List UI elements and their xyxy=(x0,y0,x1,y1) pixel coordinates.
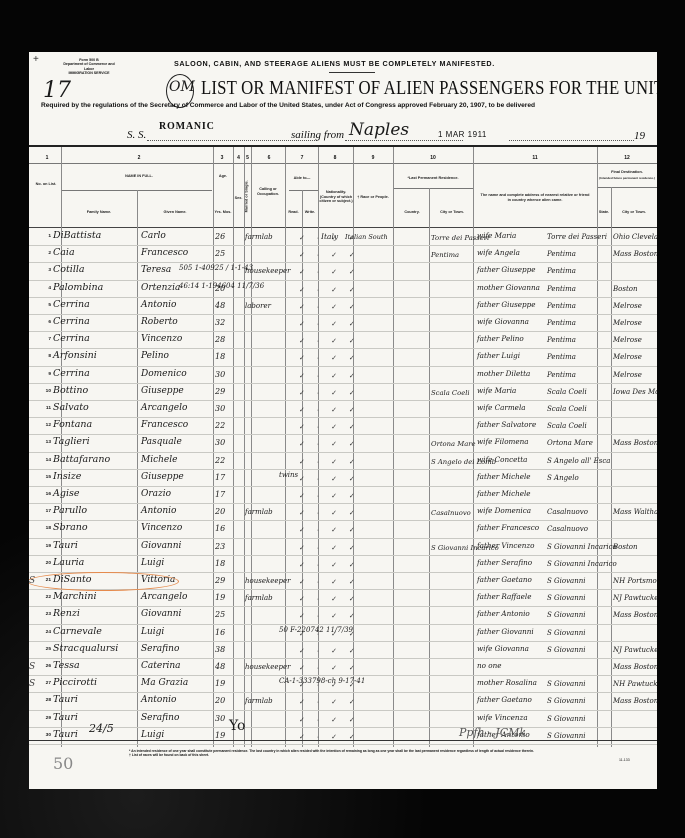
given-name: Pasquale xyxy=(141,437,182,447)
row-number: 3 xyxy=(37,268,51,273)
bottom-mark: Yo xyxy=(229,718,245,734)
relative-city: S Giovanni xyxy=(547,577,585,585)
row-rule xyxy=(29,503,657,504)
col-divider xyxy=(611,187,612,747)
row-number: 23 xyxy=(37,612,51,617)
col-divider xyxy=(233,147,234,747)
margin-note: SS xyxy=(29,679,35,689)
family-name: Renzi xyxy=(53,608,80,619)
bottom-tally: 24/5 xyxy=(89,722,114,735)
relative-name: wife Giovanna xyxy=(477,644,529,653)
row-rule xyxy=(29,658,657,659)
relative-city: S Giovanni Incarico xyxy=(547,560,617,568)
row-number: 7 xyxy=(37,337,51,342)
year-suffix: 19 xyxy=(634,130,645,142)
colnum-1: 1 xyxy=(37,155,57,161)
header-write: Write. xyxy=(302,210,318,215)
relative-city: Pentima xyxy=(547,336,576,344)
header-occupation: Calling or Occupation. xyxy=(253,187,283,196)
row-rule xyxy=(29,434,657,435)
final-destination: Melrose xyxy=(613,319,642,327)
relative-city: Ortona Mare xyxy=(547,439,593,447)
row-rule xyxy=(29,383,657,384)
relative-name: wife Giovanna xyxy=(477,317,529,326)
relative-name: father Francesco xyxy=(477,523,539,532)
row-rule xyxy=(29,314,657,315)
departure-port: Naples xyxy=(349,120,409,140)
row-number: 8 xyxy=(37,354,51,359)
check-marks: ✓ · ✓ ✓ xyxy=(299,389,360,397)
given-name: Carlo xyxy=(141,231,166,241)
row-number: 17 xyxy=(37,509,51,514)
relative-city: Pentima xyxy=(547,353,576,361)
given-name: Ortenzia xyxy=(141,283,180,293)
able-subrule xyxy=(289,190,319,191)
final-destination: Boston xyxy=(613,543,638,551)
occupation-value: housekeeper xyxy=(245,577,290,585)
port-underline xyxy=(345,140,463,141)
row-rule xyxy=(29,262,657,263)
check-marks: ✓ · ✓ ✓ xyxy=(299,647,360,655)
family-name: Taglieri xyxy=(53,436,90,447)
age-value: 30 xyxy=(215,404,225,413)
given-name: Antonio xyxy=(141,300,176,310)
family-name: Cerrina xyxy=(53,333,90,344)
final-destination: Boston xyxy=(613,285,638,293)
age-value: 48 xyxy=(215,662,225,671)
header-dest-city: City or Town. xyxy=(613,210,655,215)
row-number: 20 xyxy=(37,561,51,566)
check-marks: ✓ · ✓ ✓ xyxy=(299,698,360,706)
relative-city: Pentima xyxy=(547,250,576,258)
footnote-races: † List of races will be found on back of… xyxy=(129,753,649,757)
relative-name: father Michele xyxy=(477,472,531,481)
date-underline xyxy=(509,140,634,141)
check-marks: ✓ · ✓ ✓ xyxy=(299,303,360,311)
header-rule-bottom xyxy=(29,227,657,228)
relative-name: wife Maria xyxy=(477,386,516,395)
clerk-annotation: 505 1-40925 / 1-1-43 xyxy=(179,264,253,272)
age-value: 23 xyxy=(215,542,225,551)
relative-city: S Angelo xyxy=(547,474,579,482)
form-code: 11-133 xyxy=(619,758,630,762)
relative-city: Torre dei Passeri xyxy=(547,233,607,241)
final-destination: Mass Boston xyxy=(613,439,657,447)
final-destination: Melrose xyxy=(613,371,642,379)
row-rule xyxy=(29,417,657,418)
clerk-annotation: 50 F-220742 11/7/39 xyxy=(279,626,353,634)
age-value: 16 xyxy=(215,628,225,637)
header-yrs-mos: Yrs. Mos. xyxy=(213,210,233,215)
check-marks: ✓ · ✓ ✓ xyxy=(299,595,360,603)
final-destination: Mass Boston xyxy=(613,663,657,671)
family-name: Marchini xyxy=(53,591,97,602)
relative-name: mother Rosalina xyxy=(477,678,537,687)
given-name: Pelino xyxy=(141,351,169,361)
header-married: Married or Single. xyxy=(245,176,250,216)
age-value: 30 xyxy=(215,438,225,447)
header-able-to: Able to— xyxy=(287,176,317,181)
family-name: Agise xyxy=(53,488,79,499)
final-destination: Mass Boston xyxy=(613,697,657,705)
check-marks: ✓ · ✓ ✓ xyxy=(299,286,360,294)
row-rule xyxy=(29,297,657,298)
relative-city: Pentima xyxy=(547,371,576,379)
relative-city: Pentima xyxy=(547,319,576,327)
row-rule xyxy=(29,555,657,556)
final-destination: Mass Boston xyxy=(613,250,657,258)
form-id: Form 500 B Department of Commerce and La… xyxy=(59,58,119,75)
relative-name: wife Carmela xyxy=(477,403,526,412)
relative-city: S Giovanni xyxy=(547,680,585,688)
row-number: 24 xyxy=(37,630,51,635)
family-name: Caia xyxy=(53,247,75,258)
age-value: 25 xyxy=(215,249,225,258)
relative-name: father Giuseppe xyxy=(477,265,536,274)
row-number: 26 xyxy=(37,664,51,669)
given-name: Luigi xyxy=(141,627,164,637)
colnum-10: 10 xyxy=(423,155,443,161)
occupation-value: farmlab xyxy=(245,233,273,241)
given-name: Arcangelo xyxy=(141,592,187,602)
final-destination: Iowa Des Moines xyxy=(613,388,657,396)
department-name: Department of Commerce and Labor xyxy=(59,62,119,71)
row-number: 14 xyxy=(37,458,51,463)
age-value: 17 xyxy=(215,490,225,499)
row-rule xyxy=(29,452,657,453)
page-margin-number: 50 xyxy=(53,754,73,773)
row-rule xyxy=(29,538,657,539)
given-name: Serafino xyxy=(141,713,179,723)
family-name: Parullo xyxy=(53,505,87,516)
relative-city: S Giovanni Incarico xyxy=(547,543,617,551)
relative-city: Scala Coeli xyxy=(547,405,587,413)
occupation-value: housekeeper xyxy=(245,663,290,671)
given-name: Luigi xyxy=(141,730,164,740)
colnum-5: 5 xyxy=(243,155,252,161)
header-final-destination: Final Destination. xyxy=(599,170,655,175)
family-name: Sbrano xyxy=(53,522,88,533)
family-name: Palombina xyxy=(53,282,103,293)
col-divider xyxy=(429,188,430,747)
clerk-annotation: 46:14 1-194604 11/7/36 xyxy=(179,282,264,290)
sailing-label: sailing from xyxy=(291,129,344,141)
occupation-value: laborer xyxy=(245,302,271,310)
manifest-banner: SALOON, CABIN, AND STEERAGE ALIENS MUST … xyxy=(174,59,495,68)
relative-city: Casalnuovo xyxy=(547,508,588,516)
row-number: 19 xyxy=(37,544,51,549)
header-sex: Sex. xyxy=(233,196,244,201)
header-city-or-town: City or Town. xyxy=(431,210,473,215)
given-name: Ma Grazia xyxy=(141,678,188,688)
row-rule xyxy=(29,331,657,332)
family-name: Salvato xyxy=(53,402,89,413)
row-rule xyxy=(29,366,657,367)
relative-name: wife Angela xyxy=(477,248,520,257)
relative-name: father Serafino xyxy=(477,558,532,567)
row-number: 10 xyxy=(37,389,51,394)
bottom-signature: Ppfh - JCMk xyxy=(459,726,526,739)
row-number: 13 xyxy=(37,440,51,445)
relative-city: Pentima xyxy=(547,302,576,310)
row-rule xyxy=(29,641,657,642)
age-value: 29 xyxy=(215,576,225,585)
row-rule xyxy=(29,744,657,745)
final-destination: Mass Boston xyxy=(613,611,657,619)
header-rule-top xyxy=(29,145,657,147)
given-name: Giovanni xyxy=(141,609,181,619)
colnum-11: 11 xyxy=(525,155,545,161)
given-name: Arcangelo xyxy=(141,403,187,413)
check-marks: ✓ · ✓ ✓ xyxy=(299,664,360,672)
final-destination: Mass Waltham xyxy=(613,508,657,516)
header-last-residence: *Last Permanent Residence. xyxy=(395,176,471,181)
final-destination: NJ Pawtucket xyxy=(613,594,657,602)
colnum-3: 3 xyxy=(215,155,229,161)
check-marks: ✓ · ✓ ✓ xyxy=(299,320,360,328)
age-value: 22 xyxy=(215,456,225,465)
row-rule xyxy=(29,624,657,625)
sailing-date: 1 MAR 1911 xyxy=(438,130,487,139)
header-country: Country. xyxy=(395,210,429,215)
relative-name: mother Giovanna xyxy=(477,283,540,292)
header-state: State. xyxy=(597,210,611,215)
final-destination: NH Portsmouth xyxy=(613,577,657,585)
relative-city: S Giovanni xyxy=(547,732,585,740)
relative-city: Scala Coeli xyxy=(547,422,587,430)
clerk-annotation: twins xyxy=(279,471,298,479)
given-name: Teresa xyxy=(141,265,171,275)
col-divider xyxy=(393,147,394,747)
relative-name: father Luigi xyxy=(477,351,520,360)
sheet-mark: 17 xyxy=(43,78,71,103)
colnum-8: 8 xyxy=(325,155,345,161)
age-value: 19 xyxy=(215,593,225,602)
header-nationality: Nationality. (Country of which citizen o… xyxy=(319,190,353,204)
relative-name: wife Vincenza xyxy=(477,713,528,722)
page-title: LIST OR MANIFEST OF ALIEN PASSENGERS FOR… xyxy=(201,78,657,100)
relative-name: father Pelino xyxy=(477,334,524,343)
header-age: Age. xyxy=(213,174,233,179)
footnotes: * An intended residence of one year shal… xyxy=(129,749,649,757)
check-marks: ✓ · ✓ ✓ xyxy=(299,268,360,276)
final-destination: Melrose xyxy=(613,302,642,310)
given-name: Antonio xyxy=(141,506,176,516)
check-marks: ✓ · ✓ ✓ xyxy=(299,612,360,620)
relative-city: Casalnuovo xyxy=(547,525,588,533)
check-marks: ✓ · ✓ ✓ xyxy=(299,561,360,569)
occupation-value: farmlab xyxy=(245,697,273,705)
relative-name: mother Diletta xyxy=(477,369,530,378)
relative-city: S Giovanni xyxy=(547,646,585,654)
age-value: 38 xyxy=(215,645,225,654)
relative-name: father Gaetano xyxy=(477,575,532,584)
residence-subrule xyxy=(393,188,473,189)
age-value: 19 xyxy=(215,731,225,740)
family-name: Insize xyxy=(53,471,81,482)
colnum-6: 6 xyxy=(259,155,279,161)
header-no-on-list: No. on List. xyxy=(33,182,59,187)
family-name: Stracqualursi xyxy=(53,643,118,654)
given-name: Luigi xyxy=(141,558,164,568)
residence-city: Scala Coeli xyxy=(431,389,470,397)
relative-name: father Antonio xyxy=(477,609,530,618)
family-name: Piccirotti xyxy=(53,677,97,688)
relative-city: S Giovanni xyxy=(547,697,585,705)
final-destination: Melrose xyxy=(613,336,642,344)
relative-city: S Giovanni xyxy=(547,629,585,637)
residence-city: Ortona Mare xyxy=(431,440,476,448)
family-name: Cerrina xyxy=(53,368,90,379)
final-destination: NJ Pawtucket xyxy=(613,646,657,654)
age-value: 19 xyxy=(215,679,225,688)
header-name-in-full: NAME IN FULL. xyxy=(89,174,189,179)
row-rule xyxy=(29,710,657,711)
row-rule xyxy=(29,348,657,349)
row-number: 12 xyxy=(37,423,51,428)
relative-name: father Giuseppe xyxy=(477,300,536,309)
relative-name: father Giovanni xyxy=(477,627,534,636)
family-name: Cerrina xyxy=(53,316,90,327)
row-number: 16 xyxy=(37,492,51,497)
row-number: 18 xyxy=(37,526,51,531)
age-value: 32 xyxy=(215,318,225,327)
relative-name: father Michele xyxy=(477,489,531,498)
relative-city: Pentima xyxy=(547,285,576,293)
family-name: Cotilla xyxy=(53,264,85,275)
footer-rule xyxy=(29,740,657,741)
colnum-7: 7 xyxy=(292,155,312,161)
destination-subrule xyxy=(597,187,657,188)
check-marks: ✓ · ✓ ✓ xyxy=(299,440,360,448)
check-marks: ✓ · ✓ ✓ xyxy=(299,509,360,517)
relative-name: wife Filomena xyxy=(477,437,529,446)
age-value: 48 xyxy=(215,301,225,310)
colnum-2: 2 xyxy=(129,155,149,161)
corner-mark: + xyxy=(33,54,39,65)
final-destination: Melrose xyxy=(613,353,642,361)
relative-name: wife Domenica xyxy=(477,506,531,515)
check-marks: ✓ · ✓ ✓ xyxy=(299,475,360,483)
colnum-9: 9 xyxy=(363,155,383,161)
row-rule xyxy=(29,675,657,676)
age-value: 18 xyxy=(215,559,225,568)
ship-name: ROMANIC xyxy=(159,121,215,132)
relative-city: S Giovanni xyxy=(547,611,585,619)
age-value: 29 xyxy=(215,387,225,396)
family-name: Lauria xyxy=(53,557,84,568)
age-value: 30 xyxy=(215,370,225,379)
check-marks: ✓ · ✓ ✓ xyxy=(299,458,360,466)
family-name: Tessa xyxy=(53,660,80,671)
header-family-name: Family Name. xyxy=(69,210,129,215)
ss-label: S. S. xyxy=(127,129,146,141)
given-name: Vincenzo xyxy=(141,523,182,533)
age-value: 20 xyxy=(215,507,225,516)
header-given-name: Given Name. xyxy=(145,210,205,215)
manifest-sheet: Form 500 B Department of Commerce and La… xyxy=(29,52,657,789)
given-name: Giovanni xyxy=(141,541,181,551)
row-rule xyxy=(29,245,657,246)
given-name: Michele xyxy=(141,455,177,465)
header-relative: The name and complete address of nearest… xyxy=(479,193,591,202)
given-name: Francesco xyxy=(141,248,188,258)
check-marks: ✓ · ✓ ✓ xyxy=(299,372,360,380)
age-value: 22 xyxy=(215,421,225,430)
check-marks: ✓ · ✓ ✓ xyxy=(299,423,360,431)
age-value: 20 xyxy=(215,696,225,705)
row-rule xyxy=(29,606,657,607)
row-rule xyxy=(29,469,657,470)
age-value: 17 xyxy=(215,473,225,482)
row-number: 27 xyxy=(37,681,51,686)
given-name: Giuseppe xyxy=(141,472,184,482)
family-name: DiBattista xyxy=(53,230,101,241)
age-value: 25 xyxy=(215,610,225,619)
check-marks: ✓ · ✓ ✓ xyxy=(299,406,360,414)
check-marks: ✓ · ✓ ✓ xyxy=(299,234,360,242)
check-marks: ✓ · ✓ ✓ xyxy=(299,526,360,534)
relative-city: S Giovanni xyxy=(547,594,585,602)
check-marks: ✓ · ✓ ✓ xyxy=(299,578,360,586)
occupation-value: farmlab xyxy=(245,508,273,516)
family-name: Carnevale xyxy=(53,626,102,637)
final-destination: NH Pawtucket xyxy=(613,680,657,688)
row-number: 1 xyxy=(37,234,51,239)
row-rule xyxy=(29,486,657,487)
age-value: 18 xyxy=(215,352,225,361)
page-subtitle: Required by the regulations of the Secre… xyxy=(41,102,535,109)
family-name: Tauri xyxy=(53,694,78,705)
header-read: Read. xyxy=(285,210,302,215)
row-rule xyxy=(29,692,657,693)
age-value: 26 xyxy=(215,232,225,241)
relative-name: father Raffaele xyxy=(477,592,531,601)
row-rule xyxy=(29,520,657,521)
relative-name: wife Maria xyxy=(477,231,516,240)
check-marks: ✓ · ✓ ✓ xyxy=(299,251,360,259)
banner-rule xyxy=(329,72,375,73)
family-name: Arfonsini xyxy=(53,350,97,361)
given-name: Orazio xyxy=(141,489,171,499)
row-number: 4 xyxy=(37,286,51,291)
age-value: 16 xyxy=(215,524,225,533)
header-final-destination-note: (Intended future permanent residence.) xyxy=(599,176,655,181)
row-number: 11 xyxy=(37,406,51,411)
check-marks: ✓ · ✓ ✓ xyxy=(299,354,360,362)
row-number: 6 xyxy=(37,320,51,325)
given-name: Giuseppe xyxy=(141,386,184,396)
col-divider xyxy=(213,147,214,747)
check-marks: ✓ · ✓ ✓ xyxy=(299,716,360,724)
final-destination: Ohio Cleveland xyxy=(613,233,657,241)
row-number: 30 xyxy=(37,733,51,738)
age-value: 28 xyxy=(215,335,225,344)
col-divider xyxy=(285,147,286,747)
relative-name: no one xyxy=(477,661,501,670)
circled-mark: OM xyxy=(169,79,195,95)
row-number: 9 xyxy=(37,372,51,377)
residence-city: Casalnuovo xyxy=(431,509,471,517)
given-name: Caterina xyxy=(141,661,181,671)
colnum-12: 12 xyxy=(617,155,637,161)
row-rule xyxy=(29,400,657,401)
family-name: Tauri xyxy=(53,712,78,723)
residence-city: Pentima xyxy=(431,251,459,259)
given-name: Francesco xyxy=(141,420,188,430)
occupation-value: farmlab xyxy=(245,594,273,602)
relative-city: Pentima xyxy=(547,267,576,275)
